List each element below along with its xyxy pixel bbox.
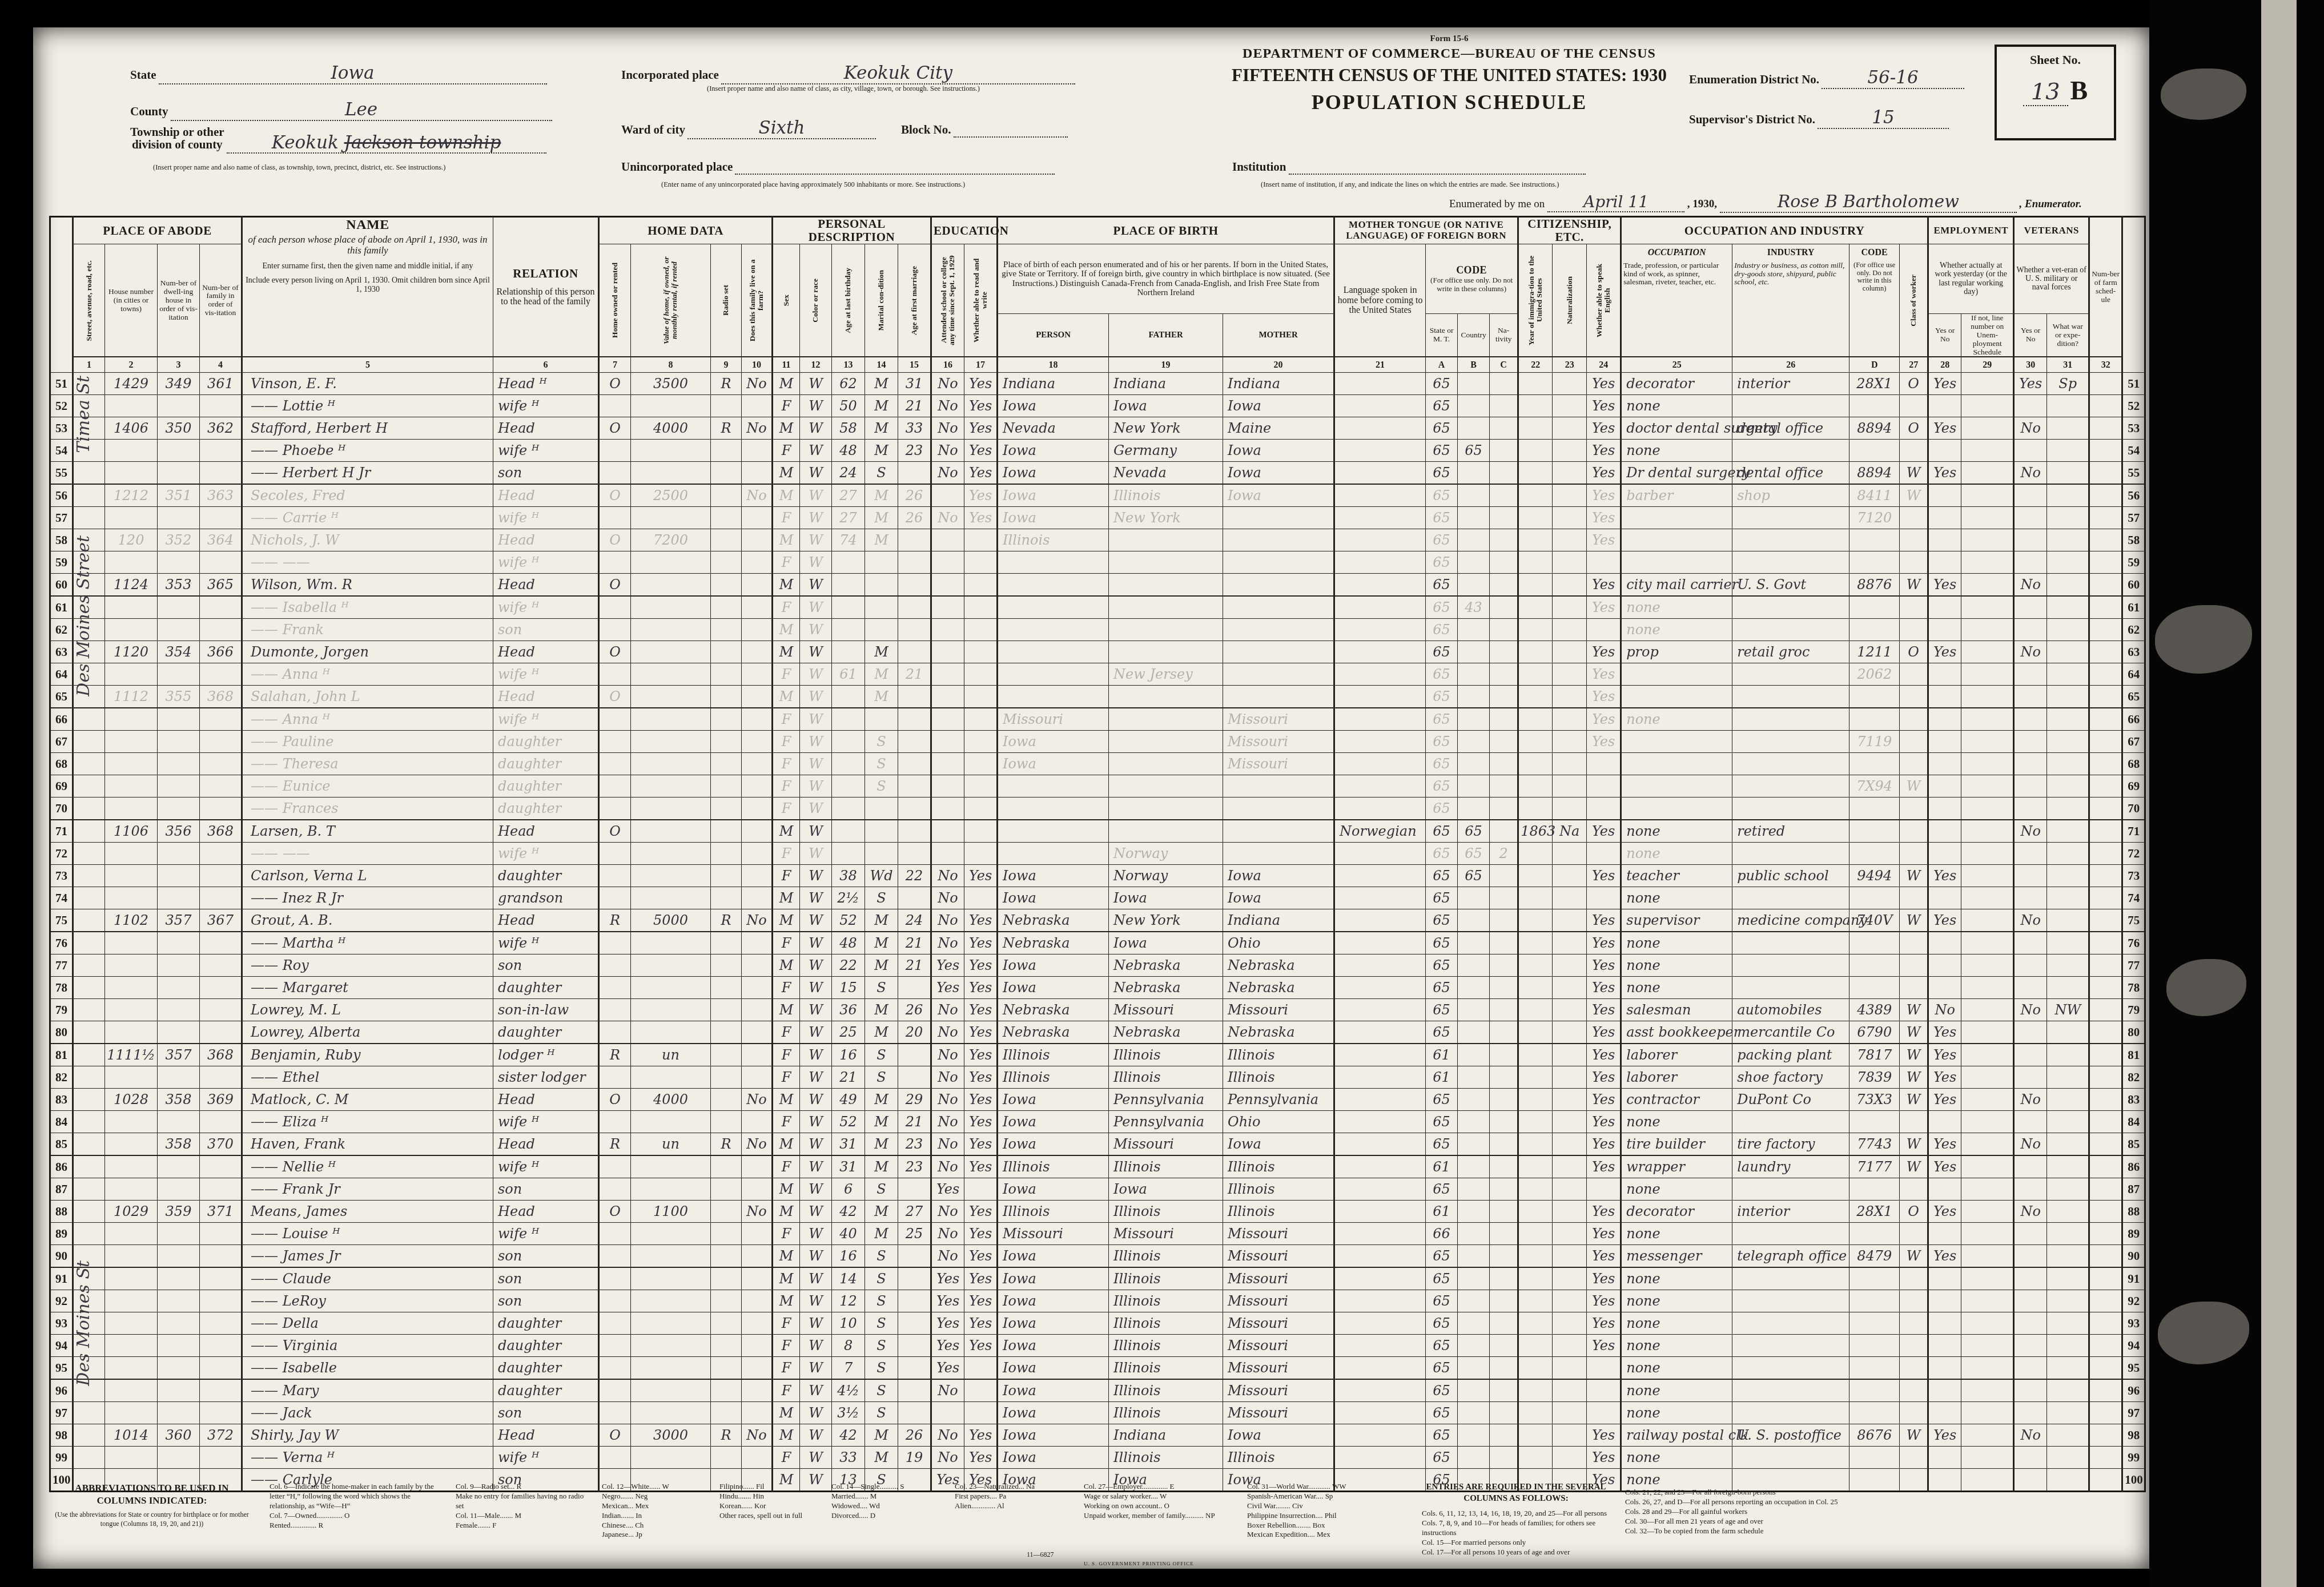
cell-sex: F xyxy=(773,1044,800,1066)
cell-rw xyxy=(964,708,998,731)
cell-radio: R xyxy=(711,909,742,932)
cell-cls xyxy=(1900,1379,1928,1402)
cell-a: 65 xyxy=(1426,1357,1458,1380)
cell-war xyxy=(2047,820,2089,843)
cell-wk xyxy=(1928,1290,1961,1312)
cell-sex: M xyxy=(773,417,800,440)
cell-mt xyxy=(1334,1447,1426,1469)
cell-fam xyxy=(200,596,242,619)
township-note: (Insert proper name and also name of cla… xyxy=(153,163,445,172)
cell-sch: No xyxy=(931,1044,964,1066)
cell-code: 7839 xyxy=(1849,1066,1900,1089)
cell-occ: decorator xyxy=(1621,1201,1732,1223)
cell-afm xyxy=(898,1290,931,1312)
cell-mt xyxy=(1334,440,1426,462)
cell-imm: 1863 xyxy=(1518,820,1553,843)
cell-afm: 20 xyxy=(898,1021,931,1044)
cell-mar: M xyxy=(865,417,898,440)
cell-house xyxy=(105,954,158,977)
cell-unl xyxy=(1961,954,2014,977)
cell-cls: W xyxy=(1900,1044,1928,1066)
cell-radio xyxy=(711,820,742,843)
cell-radio xyxy=(711,753,742,775)
cell-street xyxy=(73,865,105,887)
cell-fam xyxy=(200,1447,242,1469)
cell-fs xyxy=(2089,1201,2122,1223)
cell-occ xyxy=(1621,686,1732,708)
table-row: 85358370Haven, FrankHeadRunRNoMW31M23NoY… xyxy=(50,1133,2145,1156)
cell-farm xyxy=(742,1245,773,1268)
cell-war: NW xyxy=(2047,999,2089,1021)
cell-occ: supervisor xyxy=(1621,909,1732,932)
cell-b xyxy=(1458,1133,1490,1156)
cell-own xyxy=(599,440,631,462)
cell-nat xyxy=(1553,1133,1587,1156)
line-number-left: 94 xyxy=(50,1335,73,1357)
col-number-29: 29 xyxy=(1961,357,2014,373)
cell-cls: W xyxy=(1900,1245,1928,1268)
print-number: 11—6827 xyxy=(1027,1550,1054,1559)
cell-sex: M xyxy=(773,1201,800,1223)
cell-b xyxy=(1458,1044,1490,1066)
cell-radio xyxy=(711,1089,742,1111)
cell-val: 3000 xyxy=(631,1424,711,1447)
col2-header: House number (in cities or towns) xyxy=(105,244,158,357)
cell-mar: S xyxy=(865,775,898,797)
cell-sch: No xyxy=(931,417,964,440)
cell-bf xyxy=(1109,820,1223,843)
cell-b xyxy=(1458,909,1490,932)
entries-required-title: ENTRIES ARE REQUIRED IN THE SEVERAL COLU… xyxy=(1422,1482,1610,1504)
cell-name: —— —— xyxy=(242,551,493,574)
cell-b xyxy=(1458,1089,1490,1111)
cell-sex: M xyxy=(773,641,800,663)
cell-a: 65 xyxy=(1426,1267,1458,1290)
line-number-left: 96 xyxy=(50,1379,73,1402)
cell-dwell xyxy=(158,1021,200,1044)
cell-mar: M xyxy=(865,932,898,954)
cell-bf: Norway xyxy=(1109,865,1223,887)
cell-bm xyxy=(1223,641,1334,663)
cell-race: W xyxy=(800,1357,832,1380)
cell-sch: No xyxy=(931,999,964,1021)
cell-house: 1106 xyxy=(105,820,158,843)
cell-vet xyxy=(2014,1245,2047,1268)
cell-code xyxy=(1849,1111,1900,1133)
cell-wk: Yes xyxy=(1928,373,1961,395)
cell-c xyxy=(1490,1021,1518,1044)
line-number-left: 61 xyxy=(50,596,73,619)
cell-afm xyxy=(898,977,931,999)
cell-mar: S xyxy=(865,1402,898,1424)
cell-mar xyxy=(865,708,898,731)
cell-dwell xyxy=(158,753,200,775)
cell-vet xyxy=(2014,529,2047,551)
cell-farm xyxy=(742,1111,773,1133)
cell-fam: 362 xyxy=(200,417,242,440)
line-number-left: 83 xyxy=(50,1089,73,1111)
cell-street xyxy=(73,887,105,909)
cell-b xyxy=(1458,1155,1490,1178)
cell-ind: retired xyxy=(1732,820,1849,843)
cell-ind: medicine company xyxy=(1732,909,1849,932)
cell-afm xyxy=(898,1335,931,1357)
cell-name: Salahan, John L xyxy=(242,686,493,708)
cell-eng xyxy=(1587,1357,1621,1380)
cell-cls: W xyxy=(1900,1066,1928,1089)
cell-eng: Yes xyxy=(1587,507,1621,529)
cell-a: 65 xyxy=(1426,1379,1458,1402)
table-row: 811111½357368Benjamin, Rubylodger ᴴRunFW… xyxy=(50,1044,2145,1066)
cell-farm: No xyxy=(742,1424,773,1447)
cell-c xyxy=(1490,731,1518,753)
cell-c xyxy=(1490,440,1518,462)
cell-farm xyxy=(742,708,773,731)
footnote-col-31: Col. 31—World War............ WWSpanish-… xyxy=(1247,1482,1407,1557)
cell-a: 65 xyxy=(1426,596,1458,619)
cell-cls xyxy=(1900,1447,1928,1469)
cell-cls xyxy=(1900,663,1928,686)
cell-dwell xyxy=(158,663,200,686)
cell-street xyxy=(73,1223,105,1245)
line-number-left: 68 xyxy=(50,753,73,775)
cell-cls: W xyxy=(1900,775,1928,797)
colA-header: State or M. T. xyxy=(1426,314,1458,357)
cell-code xyxy=(1849,596,1900,619)
cell-eng xyxy=(1587,1379,1621,1402)
cell-mt xyxy=(1334,663,1426,686)
line-number-left: 90 xyxy=(50,1245,73,1268)
cell-fam xyxy=(200,1267,242,1290)
cell-fam xyxy=(200,619,242,641)
cell-race: W xyxy=(800,1447,832,1469)
cell-sch: Yes xyxy=(931,1335,964,1357)
cell-dwell: 349 xyxy=(158,373,200,395)
cell-sex: F xyxy=(773,753,800,775)
cell-own: O xyxy=(599,417,631,440)
cell-radio: R xyxy=(711,1133,742,1156)
cell-sex: F xyxy=(773,775,800,797)
cell-b xyxy=(1458,462,1490,485)
cell-afm: 33 xyxy=(898,417,931,440)
cell-sex: F xyxy=(773,1379,800,1402)
cell-bm: Illinois xyxy=(1223,1447,1334,1469)
cell-own xyxy=(599,797,631,820)
col25-header: OCCUPATION Trade, profession, or particu… xyxy=(1621,244,1732,357)
cell-imm xyxy=(1518,708,1553,731)
cell-eng: Yes xyxy=(1587,462,1621,485)
cell-bm xyxy=(1223,596,1334,619)
cell-fam xyxy=(200,1223,242,1245)
cell-race: W xyxy=(800,954,832,977)
cell-own xyxy=(599,1312,631,1335)
cell-eng: Yes xyxy=(1587,641,1621,663)
cell-unl xyxy=(1961,999,2014,1021)
cell-dwell xyxy=(158,843,200,865)
cell-bf xyxy=(1109,775,1223,797)
cell-bm: Illinois xyxy=(1223,1178,1334,1201)
line-number-left: 67 xyxy=(50,731,73,753)
cell-war xyxy=(2047,1312,2089,1335)
cell-ind xyxy=(1732,731,1849,753)
cell-own: R xyxy=(599,1044,631,1066)
cell-b xyxy=(1458,1424,1490,1447)
cell-mar: M xyxy=(865,686,898,708)
cell-radio xyxy=(711,686,742,708)
cell-afm: 26 xyxy=(898,999,931,1021)
cell-sex: M xyxy=(773,1267,800,1290)
cell-mt xyxy=(1334,1044,1426,1066)
cell-sex: M xyxy=(773,1178,800,1201)
cell-ind xyxy=(1732,1178,1849,1201)
cell-fs xyxy=(2089,484,2122,507)
table-row: 61—— Isabella ᴴwife ᴴFW6543Yesnone61 xyxy=(50,596,2145,619)
cell-mt xyxy=(1334,395,1426,417)
cell-house xyxy=(105,775,158,797)
cell-vet: No xyxy=(2014,417,2047,440)
cell-race: W xyxy=(800,507,832,529)
cell-street xyxy=(73,1447,105,1469)
cell-bp: Iowa xyxy=(998,1402,1109,1424)
table-row: 99—— Verna ᴴwife ᴴFW33M19NoYesIowaIllino… xyxy=(50,1447,2145,1469)
cell-street xyxy=(73,1044,105,1066)
cell-imm xyxy=(1518,1312,1553,1335)
cell-b xyxy=(1458,977,1490,999)
col-number-7: 7 xyxy=(599,357,631,373)
cell-c xyxy=(1490,484,1518,507)
cell-dwell: 356 xyxy=(158,820,200,843)
cell-unl xyxy=(1961,663,2014,686)
cell-bp xyxy=(998,663,1109,686)
cell-street xyxy=(73,797,105,820)
cell-c xyxy=(1490,641,1518,663)
cell-house xyxy=(105,1066,158,1089)
cell-radio xyxy=(711,551,742,574)
relation-column-header: RELATION Relationship of this person to … xyxy=(493,217,599,357)
cell-wk xyxy=(1928,1357,1961,1380)
cell-afm: 21 xyxy=(898,954,931,977)
cell-bf: Iowa xyxy=(1109,1178,1223,1201)
cell-own: O xyxy=(599,484,631,507)
cell-war xyxy=(2047,462,2089,485)
cell-b xyxy=(1458,954,1490,977)
cell-race: W xyxy=(800,484,832,507)
cell-bm: Missouri xyxy=(1223,708,1334,731)
cell-bm: Ohio xyxy=(1223,932,1334,954)
cell-c xyxy=(1490,373,1518,395)
cell-house: 1028 xyxy=(105,1089,158,1111)
col-number-D: D xyxy=(1849,357,1900,373)
cell-imm xyxy=(1518,1290,1553,1312)
institution-note: (Insert name of institution, if any, and… xyxy=(1261,180,1581,189)
cell-vet xyxy=(2014,1155,2047,1178)
cell-sch: Yes xyxy=(931,1312,964,1335)
cell-val xyxy=(631,507,711,529)
cell-vet xyxy=(2014,1357,2047,1380)
cell-sex: F xyxy=(773,977,800,999)
col-number-21: 21 xyxy=(1334,357,1426,373)
cell-bm: Maine xyxy=(1223,417,1334,440)
cell-fs xyxy=(2089,954,2122,977)
cell-name: —— Ethel xyxy=(242,1066,493,1089)
cell-ind xyxy=(1732,1267,1849,1290)
cell-rw: Yes xyxy=(964,507,998,529)
table-row: 77—— RoysonMW22M21YesYesIowaNebraskaNebr… xyxy=(50,954,2145,977)
cell-c xyxy=(1490,1111,1518,1133)
entries-col-1: Cols. 6, 11, 12, 13, 14, 16, 18, 19, 20,… xyxy=(1422,1509,1610,1557)
cell-bf xyxy=(1109,529,1223,551)
cell-house xyxy=(105,797,158,820)
cell-afm: 23 xyxy=(898,1133,931,1156)
cell-fam xyxy=(200,1290,242,1312)
cell-code: 6790 xyxy=(1849,1021,1900,1044)
cell-race: W xyxy=(800,551,832,574)
cell-mt xyxy=(1334,1424,1426,1447)
cell-farm: No xyxy=(742,1089,773,1111)
cell-race: W xyxy=(800,1312,832,1335)
cell-rel: daughter xyxy=(493,731,599,753)
cell-cls xyxy=(1900,686,1928,708)
cell-rw xyxy=(964,753,998,775)
cell-rel: son xyxy=(493,619,599,641)
cell-mt xyxy=(1334,462,1426,485)
cell-nat xyxy=(1553,1357,1587,1380)
cell-rw xyxy=(964,686,998,708)
cell-b xyxy=(1458,731,1490,753)
cell-mt xyxy=(1334,865,1426,887)
cell-mt xyxy=(1334,619,1426,641)
cell-wk xyxy=(1928,1223,1961,1245)
cell-war xyxy=(2047,977,2089,999)
cell-c xyxy=(1490,1379,1518,1402)
cell-fs xyxy=(2089,1066,2122,1089)
cell-eng: Yes xyxy=(1587,440,1621,462)
line-number-right: 93 xyxy=(2122,1312,2145,1335)
cell-wk: Yes xyxy=(1928,1155,1961,1178)
cell-street xyxy=(73,932,105,954)
cell-imm xyxy=(1518,954,1553,977)
cell-sex: M xyxy=(773,820,800,843)
cell-rel: daughter xyxy=(493,1357,599,1380)
unincorporated-note: (Enter name of any unincorporated place … xyxy=(661,180,965,189)
cell-b xyxy=(1458,484,1490,507)
cell-vet: No xyxy=(2014,1133,2047,1156)
cell-code xyxy=(1849,1178,1900,1201)
cell-age xyxy=(832,797,865,820)
cell-imm xyxy=(1518,1245,1553,1268)
cell-cls xyxy=(1900,507,1928,529)
cell-val xyxy=(631,395,711,417)
line-number-right: 68 xyxy=(2122,753,2145,775)
line-number-right: 60 xyxy=(2122,574,2145,597)
cell-val xyxy=(631,1402,711,1424)
cell-sch: Yes xyxy=(931,954,964,977)
cell-radio xyxy=(711,1021,742,1044)
cell-sch: No xyxy=(931,440,964,462)
cell-fs xyxy=(2089,887,2122,909)
cell-rel: daughter xyxy=(493,1312,599,1335)
line-number-right: 76 xyxy=(2122,932,2145,954)
cell-own xyxy=(599,731,631,753)
cell-own: O xyxy=(599,686,631,708)
footnote-col-12a: Col. 12—White...... WNegro....... NegMex… xyxy=(602,1482,705,1557)
cell-own: O xyxy=(599,820,631,843)
cell-rw xyxy=(964,529,998,551)
cell-mt xyxy=(1334,596,1426,619)
cell-eng xyxy=(1587,1178,1621,1201)
cell-b xyxy=(1458,753,1490,775)
cell-cls xyxy=(1900,1357,1928,1380)
cell-unl xyxy=(1961,1223,2014,1245)
cell-occ: doctor dental surgery xyxy=(1621,417,1732,440)
cell-sex: M xyxy=(773,686,800,708)
cell-age xyxy=(832,596,865,619)
cell-bm: Missouri xyxy=(1223,999,1334,1021)
cell-rel: daughter xyxy=(493,865,599,887)
col27-header: Class of worker xyxy=(1900,244,1928,357)
cell-race: W xyxy=(800,1044,832,1066)
cell-radio xyxy=(711,932,742,954)
cell-occ xyxy=(1621,731,1732,753)
cell-a: 65 xyxy=(1426,529,1458,551)
cell-rw xyxy=(964,1178,998,1201)
cell-imm xyxy=(1518,395,1553,417)
cell-code xyxy=(1849,1267,1900,1290)
cell-b xyxy=(1458,932,1490,954)
cell-fam xyxy=(200,1066,242,1089)
cell-farm xyxy=(742,663,773,686)
cell-age: 12 xyxy=(832,1290,865,1312)
cell-mt xyxy=(1334,797,1426,820)
cell-race: W xyxy=(800,731,832,753)
cell-unl xyxy=(1961,1089,2014,1111)
cell-unl xyxy=(1961,797,2014,820)
cell-fam: 368 xyxy=(200,686,242,708)
cell-vet xyxy=(2014,731,2047,753)
cell-radio xyxy=(711,663,742,686)
line-number-right: 99 xyxy=(2122,1447,2145,1469)
cell-fam xyxy=(200,865,242,887)
cell-val xyxy=(631,954,711,977)
line-number-left: 65 xyxy=(50,686,73,708)
cell-radio xyxy=(711,1447,742,1469)
cell-unl xyxy=(1961,977,2014,999)
cell-sex: M xyxy=(773,462,800,485)
cell-wk xyxy=(1928,797,1961,820)
cell-own: O xyxy=(599,1089,631,1111)
col-number-13: 13 xyxy=(832,357,865,373)
cell-name: —— Louise ᴴ xyxy=(242,1223,493,1245)
cell-rel: son xyxy=(493,1267,599,1290)
cell-farm xyxy=(742,1402,773,1424)
cell-fam: 365 xyxy=(200,574,242,597)
cell-imm xyxy=(1518,1402,1553,1424)
cell-afm xyxy=(898,843,931,865)
cell-a: 65 xyxy=(1426,551,1458,574)
abbreviations-title: ABBREVIATIONS TO BE USED IN COLUMNS INDI… xyxy=(49,1482,255,1507)
cell-name: —— Nellie ᴴ xyxy=(242,1155,493,1178)
cell-bf: Nebraska xyxy=(1109,1021,1223,1044)
cell-mt xyxy=(1334,1245,1426,1268)
sheet-value: 13 xyxy=(2023,79,2068,106)
cell-code: 28X1 xyxy=(1849,373,1900,395)
code-header: CODE (For office use only. Do not write … xyxy=(1426,244,1518,314)
cell-bp xyxy=(998,551,1109,574)
cell-a: 65 xyxy=(1426,1133,1458,1156)
cell-sch: No xyxy=(931,909,964,932)
cell-code: 9494 xyxy=(1849,865,1900,887)
cell-imm xyxy=(1518,1111,1553,1133)
